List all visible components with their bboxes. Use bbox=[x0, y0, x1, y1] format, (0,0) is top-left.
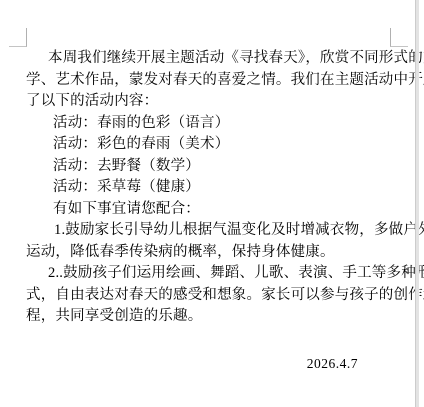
text-line-activity: 活动：去野餐（数学） bbox=[26, 156, 398, 178]
margin-crop-mark-top-right bbox=[390, 28, 408, 47]
text-line: 程，共同享受创造的乐趣。 bbox=[26, 306, 398, 328]
text-line: 学、艺术作品，蒙发对春天的喜爱之情。我们在主题活动中开展 bbox=[26, 70, 398, 92]
text-line: 1.鼓励家长引导幼儿根据气温变化及时增减衣物，多做户外 bbox=[26, 220, 398, 242]
text-line: 式，自由表达对春天的感受和想象。家长可以参与孩子的创作过 bbox=[26, 285, 398, 307]
text-line-activity: 活动：彩色的春雨（美术） bbox=[26, 134, 398, 156]
document-page: 本周我们继续开展主题活动《寻找春天》，欣赏不同形式的文 学、艺术作品，蒙发对春天… bbox=[0, 0, 424, 407]
margin-crop-mark-top-left bbox=[9, 28, 27, 47]
text-line-activity: 活动：采草莓（健康） bbox=[26, 177, 398, 199]
text-line: 本周我们继续开展主题活动《寻找春天》，欣赏不同形式的文 bbox=[26, 48, 398, 70]
text-line: 了以下的活动内容： bbox=[26, 91, 398, 113]
text-line: 有如下事宜请您配合： bbox=[26, 199, 398, 221]
document-text-area[interactable]: 本周我们继续开展主题活动《寻找春天》，欣赏不同形式的文 学、艺术作品，蒙发对春天… bbox=[26, 48, 398, 328]
text-line-activity: 活动：春雨的色彩（语言） bbox=[26, 113, 398, 135]
text-line: 运动，降低春季传染病的概率，保持身体健康。 bbox=[26, 242, 398, 264]
date-text: 2026.4.7 bbox=[26, 356, 358, 372]
page-right-edge-line bbox=[415, 0, 419, 407]
text-line: 2..鼓励孩子们运用绘画、舞蹈、儿歌、表演、手工等多种形 bbox=[26, 263, 398, 285]
